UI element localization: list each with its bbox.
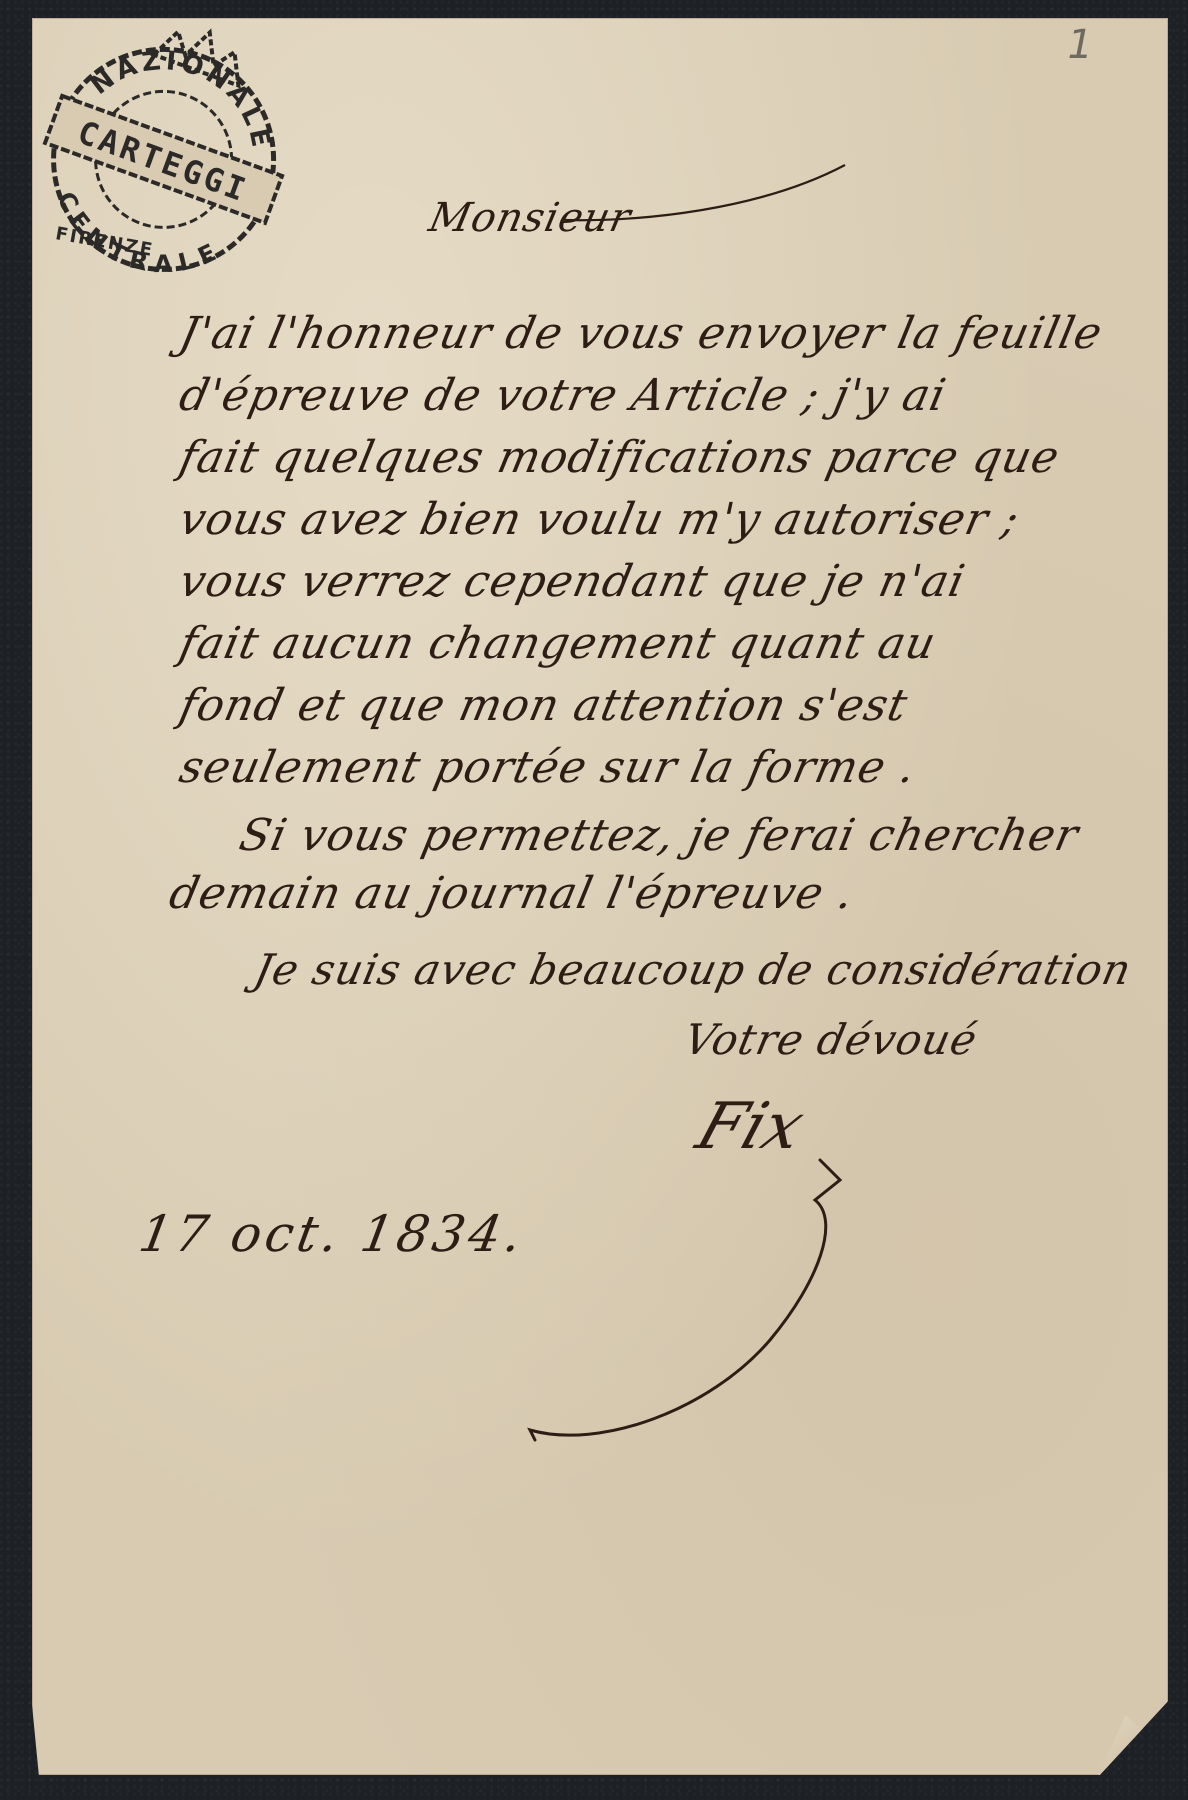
paragraph-2-line: Si vous permettez, je ferai chercher	[235, 810, 1083, 861]
body-line: vous avez bien voulu m'y autoriser ;	[175, 494, 1024, 545]
closing-line: Votre dévoué	[680, 1015, 982, 1064]
body-line: fait quelques modifications parce que	[175, 432, 1064, 483]
closing-line: Je suis avec beaucoup de considération	[250, 945, 1136, 994]
paragraph-2-line: demain au journal l'épreuve .	[165, 868, 859, 919]
body-line: J'ai l'honneur de vous envoyer la feuill…	[175, 308, 1107, 359]
body-line: vous verrez cependant que je n'ai	[175, 556, 970, 607]
letter-date: 17 oct. 1834.	[135, 1205, 530, 1263]
body-line: d'épreuve de votre Article ; j'y ai	[175, 370, 951, 421]
letter-body: Monsieur J'ai l'honneur de vous envoyer …	[0, 0, 1188, 1800]
body-line: fait aucun changement quant au	[175, 618, 941, 669]
body-line: fond et que mon attention s'est	[175, 680, 912, 731]
body-line: seulement portée sur la forme .	[175, 742, 921, 793]
signature-flourish-icon	[520, 1140, 860, 1460]
salutation: Monsieur	[425, 195, 635, 241]
